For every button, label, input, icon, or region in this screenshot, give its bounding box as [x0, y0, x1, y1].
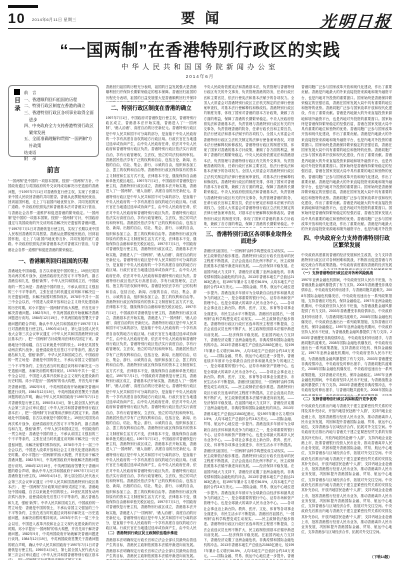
section-1-heading: 一、香港顺利回归祖国的历程 — [8, 255, 99, 269]
section-4-subheading-1: （一）支持香港特别行政区应对各种风险挑战 — [301, 270, 392, 278]
header-rule — [8, 28, 392, 29]
section-3-text: 香港回归祖国后，“一国两制”由科学构想变成生动现实。——民主政制依法稳步推进。香… — [204, 249, 295, 561]
toc-bullet-icon — [14, 89, 20, 95]
toc-rail: 目录 — [11, 89, 22, 154]
section-2-sub-text: 香港基本法明确规定行政长官和立法会全部议员最终由普选产生的目标，香港民主政制依照… — [106, 538, 197, 560]
section-4-heading: 四、中央政府全力支持香港特别行政区繁荣发展 — [301, 232, 392, 253]
author-line: 中华人民共和国国务院新闻办公室 — [0, 62, 400, 72]
section-1-continued-text: 香港回归祖国的历程充分表明，祖国的日益发展强大是香港顺利回归并保持长期繁荣稳定的… — [106, 85, 197, 102]
toc-item: 三、香港特别行政区各项事业取得全面进步 — [24, 110, 95, 123]
section-4-subheading-2: （二）支持香港特别行政区巩固和提升竞争优势 — [301, 396, 392, 404]
section-4-sub1-text: 1997年亚洲金融危机期间，中央政府坚持人民币不贬值，为香港战胜金融风暴提供了有… — [301, 278, 392, 396]
section-1-text: 香港地处中国南疆，自古以来就是中国的领土。19世纪英国发动两次鸦片战争，迫使清政… — [8, 269, 99, 560]
section-2-continued-text: 中央人民政府依照宪法和香港基本法，负责管理与香港特别行政区有关的外交事务，负责管… — [204, 85, 295, 228]
column-4: 香港同胞广泛参与国家改革开放和现代化建设，作出了重要贡献。香港是内地最大的外来直… — [301, 85, 392, 560]
toc-list: 前 言 一、香港顺利回归祖国的历程 二、特别行政区制度在香港的确立 三、香港特别… — [22, 89, 96, 154]
foreword-text: “一国两制”是中国的一项基本国策。按照“一国两制”方针，中国政府通过与英国政府的… — [8, 179, 99, 255]
toc-label: 目录 — [12, 97, 21, 113]
document-date: 2014年6月 — [0, 74, 400, 80]
toc-item: 前 言 — [24, 90, 95, 97]
continuation-note: （下转14版） — [301, 554, 392, 560]
column-3: 中央人民政府依照宪法和香港基本法，负责管理与香港特别行政区有关的外交事务，负责管… — [204, 85, 295, 560]
column-1: 目录 前 言 一、香港顺利回归祖国的历程 二、特别行政区制度在香港的确立 三、香… — [8, 85, 99, 560]
toc-item: 四、中央政府全力支持香港特别行政区繁荣发展 — [24, 123, 95, 136]
section-3-continued-text: 香港同胞广泛参与国家改革开放和现代化建设，作出了重要贡献。香港是内地最大的外来直… — [301, 85, 392, 232]
newspaper-page: 10 2014年6月11日 星期三 要闻 光明日报 “一国两制”在香港特别行政区… — [0, 0, 400, 567]
foreword-heading: 前言 — [8, 162, 99, 179]
section-4-intro-text: 中央政府高度重视香港的经济发展和民生改善，全力支持香港特别行政区应对各种困难和挑… — [301, 253, 392, 270]
column-2: 香港回归祖国的历程充分表明，祖国的日益发展强大是香港顺利回归并保持长期繁荣稳定的… — [106, 85, 197, 560]
toc-item: 五、全面准确理解和贯彻“一国两制”方针政策 — [24, 136, 95, 149]
main-headline: “一国两制”在香港特别行政区的实践 — [0, 36, 400, 61]
section-2-subheading: （二）香港特别行政区民主政制依法稳步推进 — [106, 530, 197, 538]
section-3-heading: 三、香港特别行政区各项事业取得全面进步 — [204, 228, 295, 249]
article-body: 目录 前 言 一、香港顺利回归祖国的历程 二、特别行政区制度在香港的确立 三、香… — [8, 85, 392, 560]
toc-item: 二、特别行政区制度在香港的确立 — [24, 103, 95, 110]
toc-box: 目录 前 言 一、香港顺利回归祖国的历程 二、特别行政区制度在香港的确立 三、香… — [8, 85, 99, 157]
section-2-text: 1997年7月1日，中国政府对香港恢复行使主权，香港特别行政区成立，香港基本法开… — [106, 116, 197, 530]
section-2-heading: 二、特别行政区制度在香港的确立 — [106, 102, 197, 116]
section-4-sub2-text: 中央政府先后推出内地与香港关于建立更紧密经贸关系的安排及其补充协议，开放内地居民… — [301, 404, 392, 554]
